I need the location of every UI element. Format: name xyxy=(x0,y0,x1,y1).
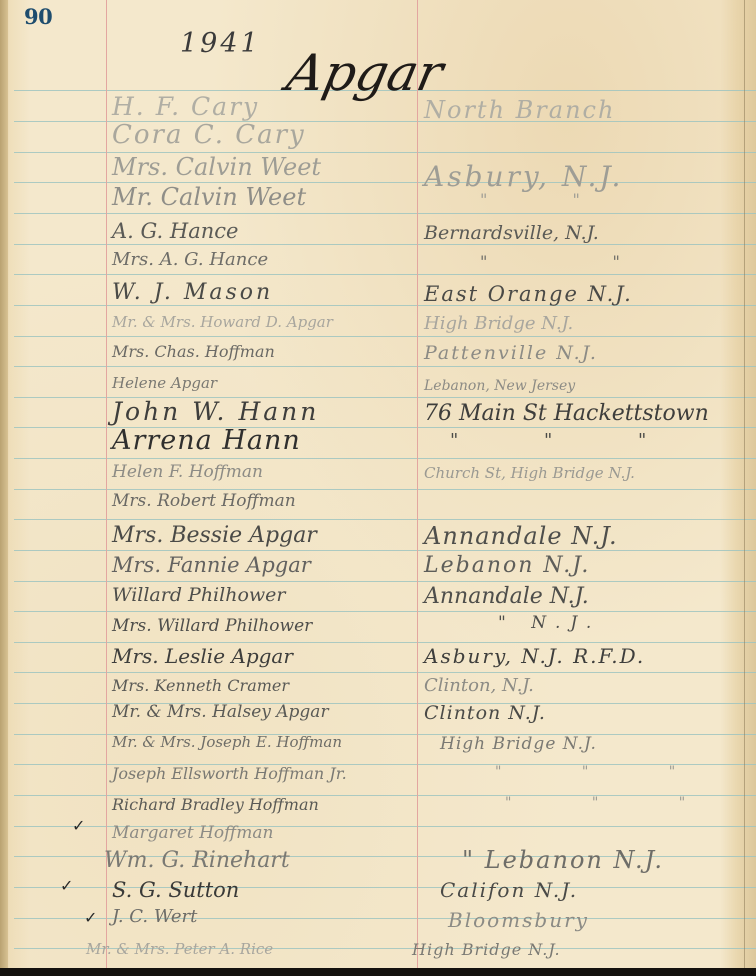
entry-place: " " " xyxy=(450,430,686,451)
rule-line xyxy=(14,336,756,337)
entry-name: Wm. G. Rinehart xyxy=(104,848,290,873)
entry-place: " N.J. xyxy=(498,613,601,633)
entry-place: Asbury, N.J. xyxy=(424,160,623,193)
entry-name: Mrs. Chas. Hoffman xyxy=(112,342,275,361)
entry-place: Church St, High Bridge N.J. xyxy=(424,464,635,482)
rule-line xyxy=(14,213,756,214)
entry-name: Margaret Hoffman xyxy=(112,823,273,843)
check-mark-icon: ✓ xyxy=(72,816,85,835)
entry-name: Mrs. Bessie Apgar xyxy=(112,523,317,548)
entry-name: Cora C. Cary xyxy=(112,120,306,150)
rule-line xyxy=(14,305,756,306)
entry-name: W. J. Mason xyxy=(112,280,273,305)
entry-place: High Bridge N.J. xyxy=(412,940,561,959)
entry-name: Willard Philhower xyxy=(112,584,285,606)
rule-line xyxy=(14,519,756,520)
entry-name: Mrs. A. G. Hance xyxy=(112,249,268,270)
entry-place: " " xyxy=(480,252,680,271)
entry-name: S. G. Sutton xyxy=(112,878,239,902)
entry-place: Annandale N.J. xyxy=(424,522,618,550)
entry-name: Mr. & Mrs. Halsey Apgar xyxy=(112,702,329,722)
entry-name: Arrena Hann xyxy=(112,425,301,456)
entry-name: Joseph Ellsworth Hoffman Jr. xyxy=(112,764,347,783)
rule-line xyxy=(14,458,756,459)
entry-name: Mrs. Willard Philhower xyxy=(112,616,312,636)
page-number: 90 xyxy=(24,4,52,29)
entry-place: " " " xyxy=(495,764,713,780)
entry-place: 76 Main St Hackettstown xyxy=(424,401,709,426)
rule-line xyxy=(14,642,756,643)
rule-line xyxy=(14,489,756,490)
entry-place: Annandale N.J. xyxy=(424,584,589,609)
register-page: 90 1941 Apgar H. F. Cary Cora C. Cary Mr… xyxy=(0,0,756,968)
entry-place: Lebanon N.J. xyxy=(424,553,590,578)
entry-name: Mrs. Leslie Apgar xyxy=(112,644,293,668)
rule-line xyxy=(14,550,756,551)
rule-line xyxy=(14,244,756,245)
entry-name: A. G. Hance xyxy=(112,219,238,243)
entry-name: J. C. Wert xyxy=(112,906,197,927)
entry-name: Helen F. Hoffman xyxy=(112,462,263,482)
entry-place: Asbury, N.J. R.F.D. xyxy=(424,644,645,668)
scan-bottom-edge xyxy=(0,968,756,976)
page-fold-line xyxy=(744,0,745,968)
entry-place: East Orange N.J. xyxy=(424,282,633,306)
left-margin-line xyxy=(106,0,107,968)
rule-line xyxy=(14,366,756,367)
surname-heading: Apgar xyxy=(282,44,448,102)
year-heading: 1941 xyxy=(180,28,261,59)
check-mark-icon: ✓ xyxy=(60,876,73,895)
entry-name: Mrs. Kenneth Cramer xyxy=(112,676,289,695)
entry-name: Mr. Calvin Weet xyxy=(112,183,306,211)
entry-place: High Bridge N.J. xyxy=(440,734,597,754)
entry-place: " Lebanon N.J. xyxy=(462,846,664,874)
rule-line xyxy=(14,581,756,582)
binding-edge xyxy=(0,0,8,968)
entry-place: High Bridge N.J. xyxy=(424,313,573,334)
entry-name: Richard Bradley Hoffman xyxy=(112,795,319,814)
entry-name: Mrs. Fannie Apgar xyxy=(112,553,311,577)
entry-place: Pattenville N.J. xyxy=(424,342,598,364)
entry-place: Califon N.J. xyxy=(440,878,578,902)
entry-name: Helene Apgar xyxy=(112,374,217,392)
entry-place: Bloomsbury xyxy=(448,908,589,932)
rule-line xyxy=(14,274,756,275)
rule-line xyxy=(14,672,756,673)
entry-place: Lebanon, New Jersey xyxy=(424,378,575,394)
entry-place: " " " xyxy=(505,795,723,811)
entry-name: Mr. & Mrs. Howard D. Apgar xyxy=(112,313,333,331)
entry-name: Mrs. Robert Hoffman xyxy=(112,491,296,511)
entry-name: Mrs. Calvin Weet xyxy=(112,153,321,181)
check-mark-icon: ✓ xyxy=(84,908,97,927)
entry-place: " " xyxy=(480,190,620,209)
entry-place: Clinton N.J. xyxy=(424,702,546,724)
entry-place: Clinton, N.J. xyxy=(424,675,534,696)
entry-name: John W. Hann xyxy=(112,397,319,426)
rule-line xyxy=(14,611,756,612)
entry-name: Mr. & Mrs. Joseph E. Hoffman xyxy=(112,733,342,751)
entry-name: H. F. Cary xyxy=(112,92,259,121)
column-divider-line xyxy=(417,0,418,968)
entry-place: North Branch xyxy=(424,96,615,124)
entry-name: Mr. & Mrs. Peter A. Rice xyxy=(86,940,273,958)
entry-place: Bernardsville, N.J. xyxy=(424,222,599,244)
